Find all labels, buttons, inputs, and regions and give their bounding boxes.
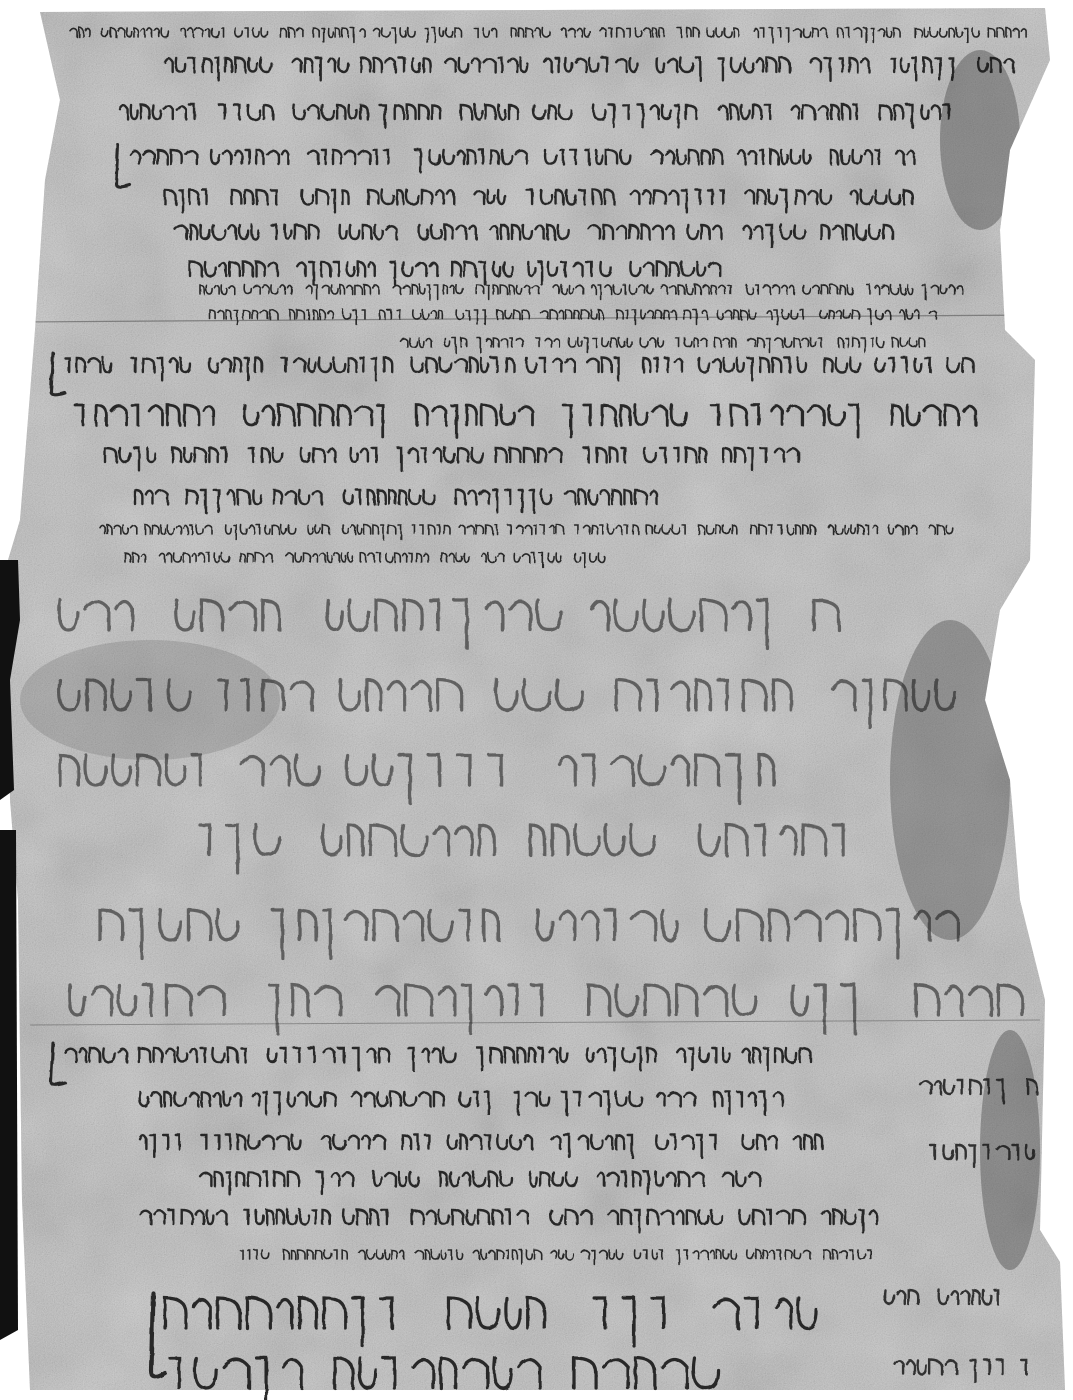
manuscript-photo: Georgian (nuskhuri minuscule with larger… [0, 0, 1073, 1400]
parchment-leaf [0, 0, 1073, 1400]
